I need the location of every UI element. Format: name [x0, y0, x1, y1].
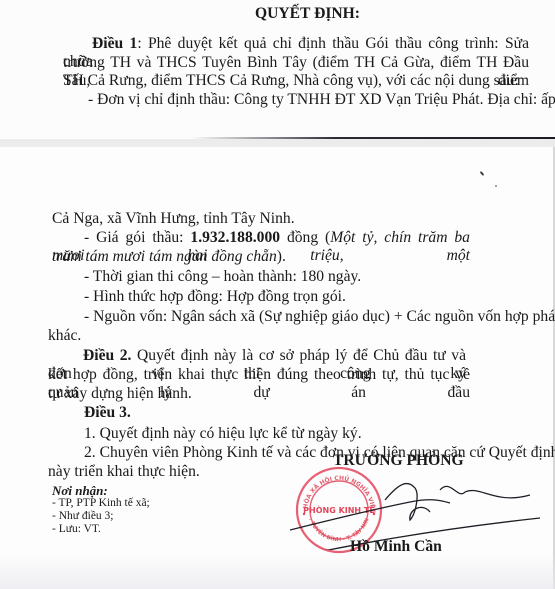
- scan-speck: [495, 185, 497, 187]
- price-close: ).: [277, 248, 286, 265]
- article1-label: Điều 1: [92, 35, 137, 52]
- duration-line: - Thời gian thi công – hoàn thành: 180 n…: [84, 268, 361, 286]
- contract-type-line: - Hình thức hợp đồng: Hợp đồng trọn gói.: [84, 288, 346, 306]
- article3-label-text: Điều 3.: [84, 404, 131, 421]
- scan-shadow: [0, 555, 555, 589]
- article3-item2-line1: 2. Chuyên viên Phòng Kinh tế và các đơn …: [84, 444, 555, 462]
- recipient-item: - Như điều 3;: [52, 510, 114, 523]
- article2-line3: tư xây dựng hiện hành.: [48, 385, 192, 403]
- contractor-line: - Đơn vị chỉ định thầu: Công ty TNHH ĐT …: [88, 91, 555, 109]
- article1-line3: TH Cả Rưng, điểm THCS Cả Rưng, Nhà công …: [63, 72, 519, 90]
- address-continued: Cả Nga, xã Vĩnh Hưng, tỉnh Tây Ninh.: [52, 210, 295, 228]
- price-unit: đồng (: [280, 229, 330, 246]
- price-label: - Giá gói thầu:: [84, 229, 190, 246]
- price-value: 1.932.188.000: [190, 229, 280, 246]
- recipient-item: - Lưu: VT.: [52, 523, 101, 536]
- article3-label: Điều 3.: [84, 404, 131, 422]
- funding-line2: khác.: [48, 327, 81, 345]
- page-edge-shadow: [190, 137, 555, 139]
- signatory-title: TRƯỞNG PHÒNG: [333, 452, 464, 470]
- page-gap: [0, 139, 555, 147]
- price-words-cont: trăm tám mươi tám ngàn đồng chẵn: [52, 248, 277, 265]
- document-title: QUYẾT ĐỊNH:: [0, 5, 555, 23]
- article3-item1: 1. Quyết định này có hiệu lực kể từ ngày…: [84, 425, 362, 443]
- recipient-item: - TP, PTP Kinh tế xã;: [52, 497, 150, 510]
- article2-label: Điều 2.: [83, 347, 131, 364]
- article3-item2-line2: này triển khai thực hiện.: [48, 463, 200, 481]
- price-line2: trăm tám mươi tám ngàn đồng chẵn).: [52, 248, 286, 266]
- funding-line1: - Nguồn vốn: Ngân sách xã (Sự nghiệp giá…: [84, 308, 555, 326]
- signatory-name: Hồ Minh Cần: [350, 538, 442, 556]
